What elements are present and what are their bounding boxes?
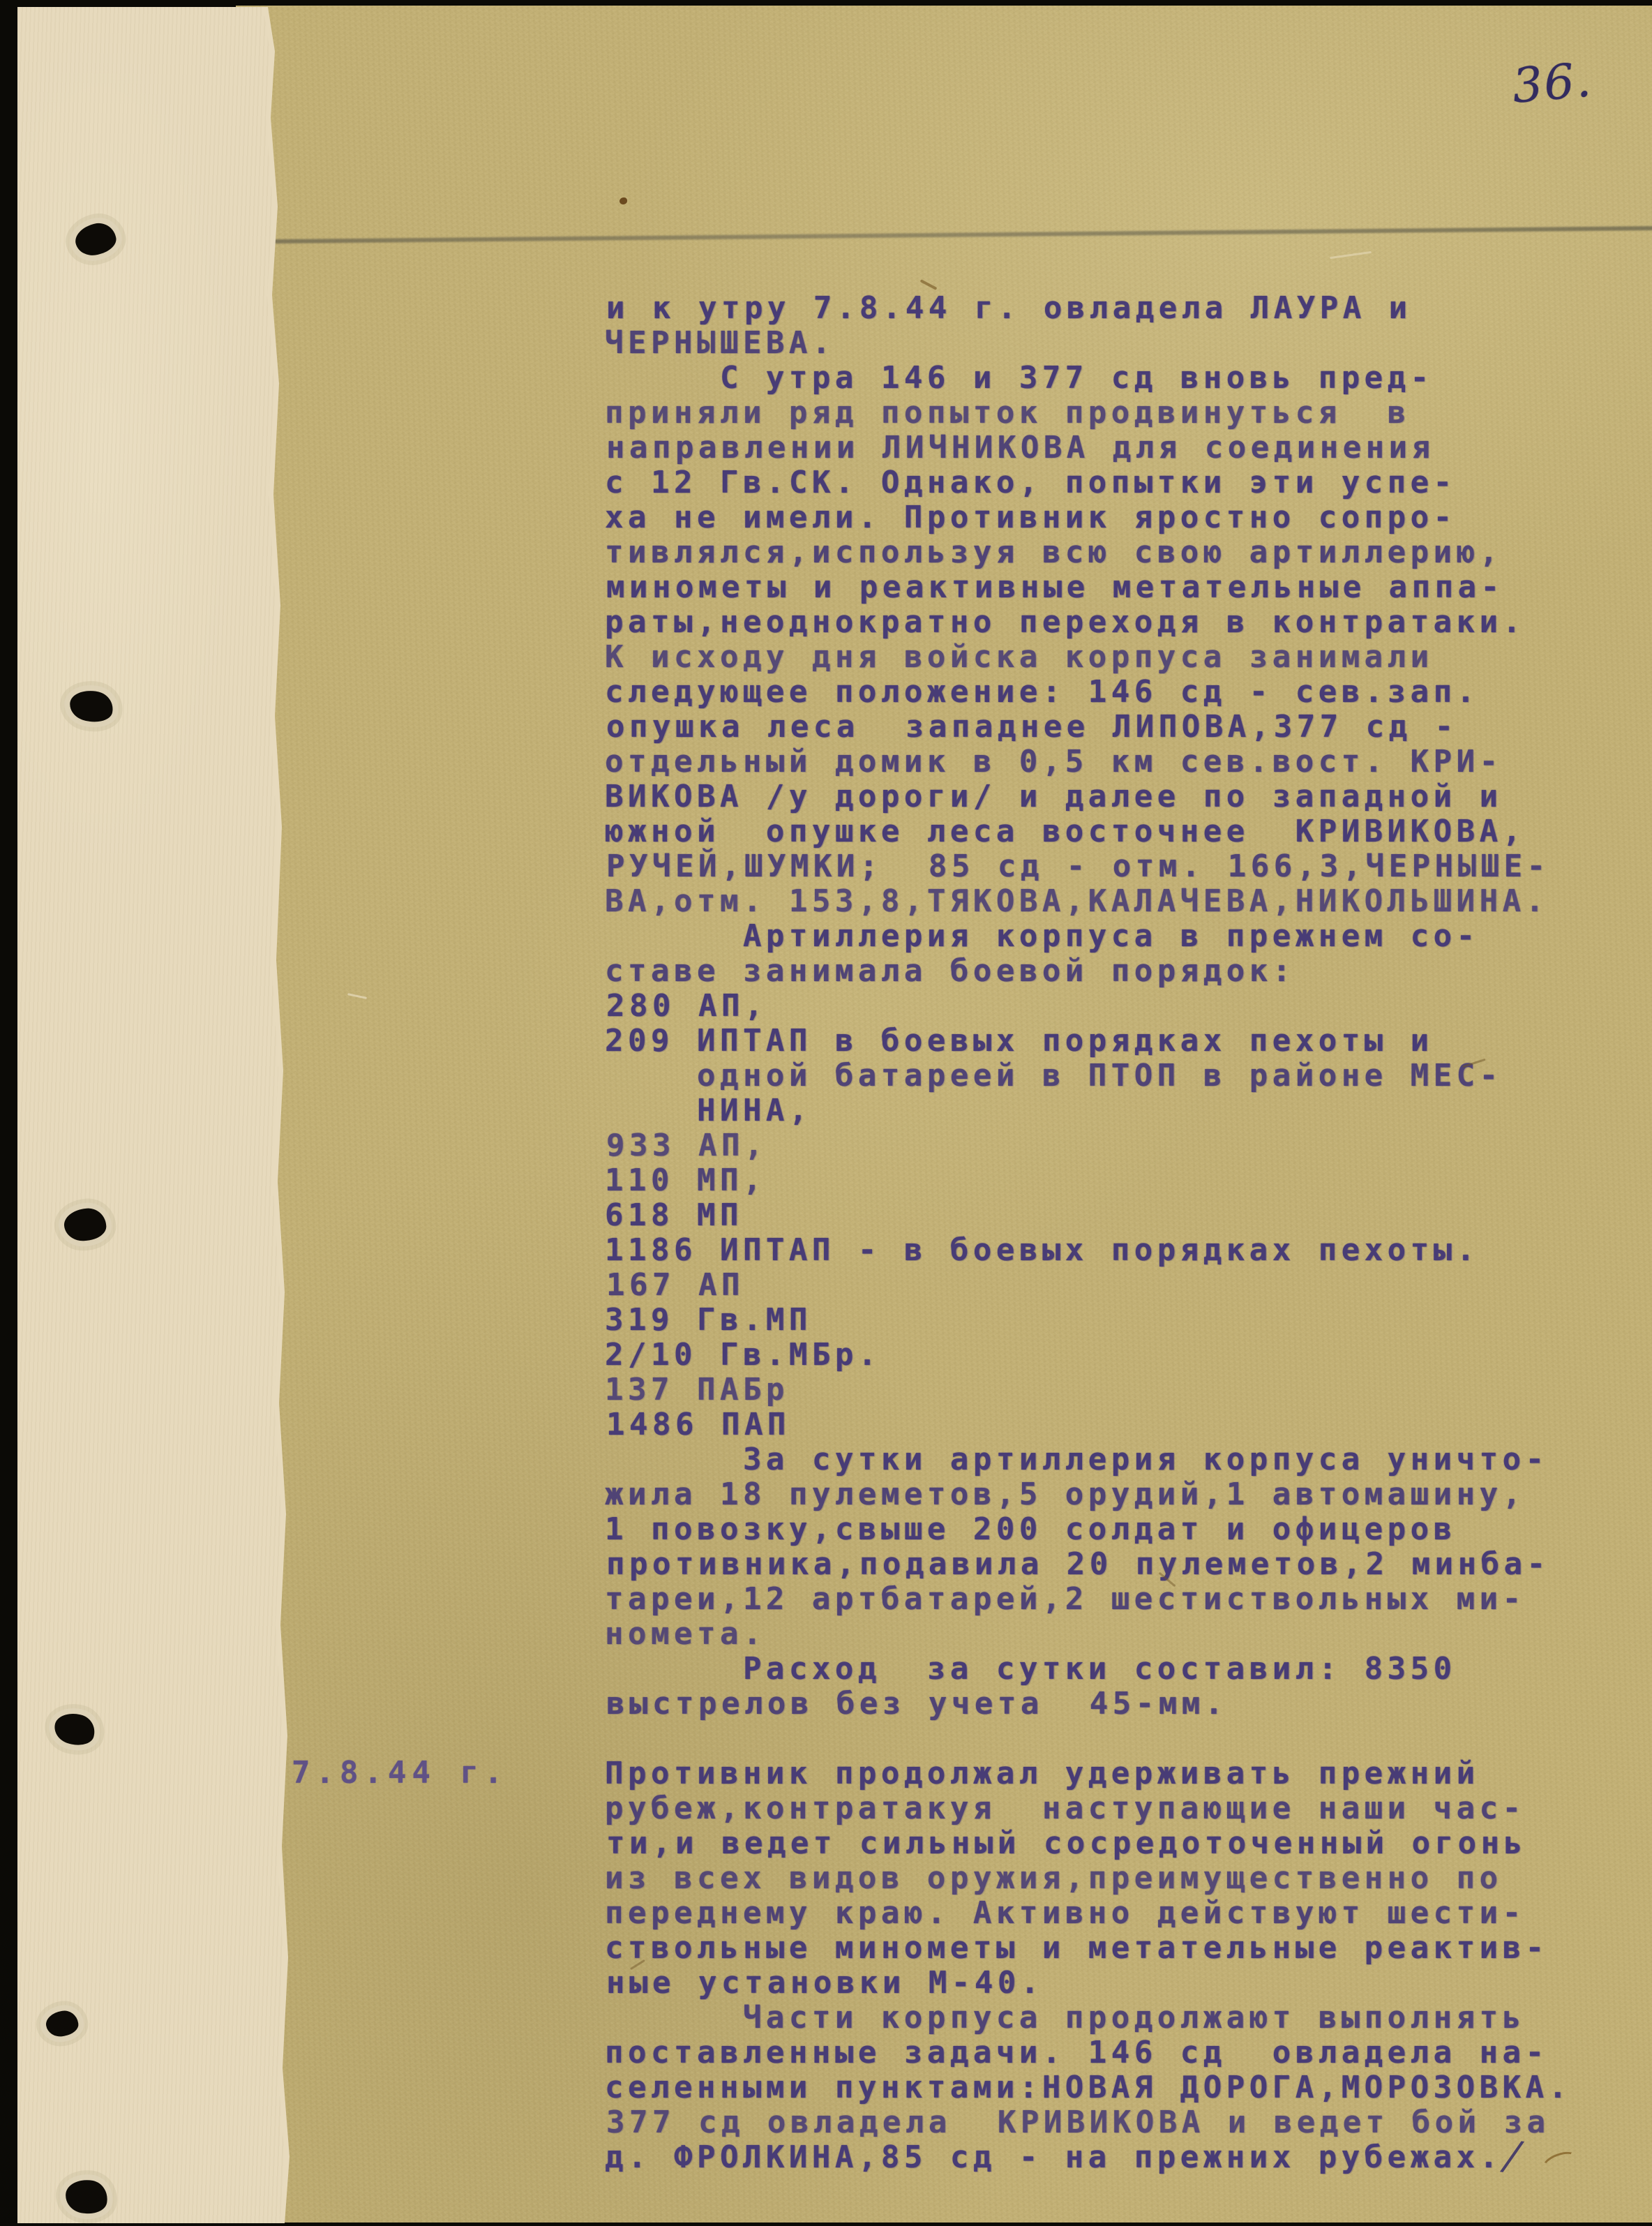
text-line: номета. [605, 1617, 1572, 1652]
scanned-document-screenshot: { "page_number": "36.", "margin_date": "… [0, 0, 1652, 2226]
text-line: д. ФРОЛКИНА,85 сд - на прежних рубежах. [605, 2140, 1572, 2175]
text-line: ставе занимала боевой порядок: [605, 954, 1572, 989]
text-line: ВИКОВА /у дороги/ и далее по западной и [605, 779, 1572, 814]
text-line: переднему краю. Активно действуют шести- [605, 1896, 1572, 1931]
text-line: жила 18 пулеметов,5 орудий,1 автомашину, [605, 1477, 1572, 1512]
text-line: Части корпуса продолжают выполнять [605, 2001, 1572, 2035]
text-line: приняли ряд попыток продвинуться в [605, 396, 1572, 431]
text-line: НИНА, [605, 1093, 1572, 1128]
text-line: южной опушке леса восточнее КРИВИКОВА, [605, 814, 1572, 849]
text-line: ха не имели. Противник яростно сопро- [605, 500, 1572, 535]
binding-paper-strip [17, 7, 290, 2223]
text-line: ВА,отм. 153,8,ТЯКОВА,КАЛАЧЕВА,НИКОЛЬШИНА… [605, 884, 1572, 919]
text-line: противника,подавила 20 пулеметов,2 минба… [606, 1547, 1573, 1582]
text-line: ные установки М-40. [606, 1966, 1573, 2001]
text-line: 1486 ПАП [606, 1407, 1573, 1442]
text-line: из всех видов оружия,преимущественно по [605, 1861, 1572, 1896]
text-line: следующее положение: 146 сд - сев.зап. [605, 675, 1572, 710]
text-line: минометы и реактивные метательные аппа- [606, 570, 1573, 605]
text-line: 319 Гв.МП [605, 1303, 1572, 1338]
text-line: Противник продолжал удерживать прежний [605, 1756, 1572, 1791]
text-line: 2/10 Гв.МБр. [605, 1338, 1572, 1373]
text-line: ствольные минометы и метательные реактив… [605, 1931, 1572, 1966]
text-line: 167 АП [606, 1268, 1573, 1303]
text-line: 209 ИПТАП в боевых порядках пехоты и [605, 1024, 1572, 1059]
text-line: направлении ЛИЧНИКОВА для соединения [606, 431, 1573, 465]
text-line: Расход за сутки составил: 8350 [605, 1652, 1572, 1687]
page-number: 36. [1510, 52, 1595, 114]
text-line: тивлялся,используя всю свою артиллерию, [605, 535, 1572, 570]
typewritten-text: и к утру 7.8.44 г. овладела ЛАУРА иЧЕРНЫ… [605, 291, 1572, 2175]
text-line: 280 АП, [606, 989, 1573, 1024]
text-line: одной батареей в ПТОП в районе МЕС- [605, 1059, 1572, 1093]
text-line [605, 1721, 1572, 1756]
text-line: С утра 146 и 377 сд вновь пред- [605, 361, 1572, 396]
text-line: 110 МП, [605, 1163, 1572, 1198]
text-line: тареи,12 артбатарей,2 шестиствольных ми- [605, 1582, 1572, 1617]
text-line: 1186 ИПТАП - в боевых порядках пехоты. [605, 1233, 1572, 1268]
text-line: и к утру 7.8.44 г. овладела ЛАУРА и [606, 291, 1573, 326]
text-line: Артиллерия корпуса в прежнем со- [605, 919, 1572, 954]
text-line: 137 ПАБр [605, 1373, 1572, 1407]
margin-date: 7.8.44 г. [292, 1756, 508, 1791]
text-line: опушка леса западнее ЛИПОВА,377 сд - [606, 710, 1573, 745]
text-line: 1 повозку,свыше 200 солдат и офицеров [605, 1512, 1572, 1547]
text-line: За сутки артиллерия корпуса уничто- [605, 1442, 1572, 1477]
text-line: 377 сд овладела КРИВИКОВА и ведет бой за [606, 2105, 1573, 2140]
text-line: поставленные задачи. 146 сд овладела на- [605, 2035, 1572, 2070]
text-line: РУЧЕЙ,ШУМКИ; 85 сд - отм. 166,3,ЧЕРНЫШЕ- [606, 849, 1573, 884]
text-line: 618 МП [605, 1198, 1572, 1233]
text-line: ЧЕРНЫШЕВА. [605, 326, 1572, 361]
text-line: отдельный домик в 0,5 км сев.вост. КРИ- [605, 745, 1572, 779]
text-line: раты,неоднократно переходя в контратаки. [605, 605, 1572, 640]
text-line: 933 АП, [606, 1128, 1573, 1163]
text-line: с 12 Гв.СК. Однако, попытки эти успе- [605, 465, 1572, 500]
text-line: выстрелов без учета 45-мм. [606, 1687, 1573, 1721]
text-line: К исходу дня войска корпуса занимали [605, 640, 1572, 675]
text-line: рубеж,контратакуя наступающие наши час- [605, 1791, 1572, 1826]
text-line: селенными пунктами:НОВАЯ ДОРОГА,МОРОЗОВК… [605, 2070, 1572, 2105]
text-line: ти,и ведет сильный сосредоточенный огонь [606, 1826, 1573, 1861]
